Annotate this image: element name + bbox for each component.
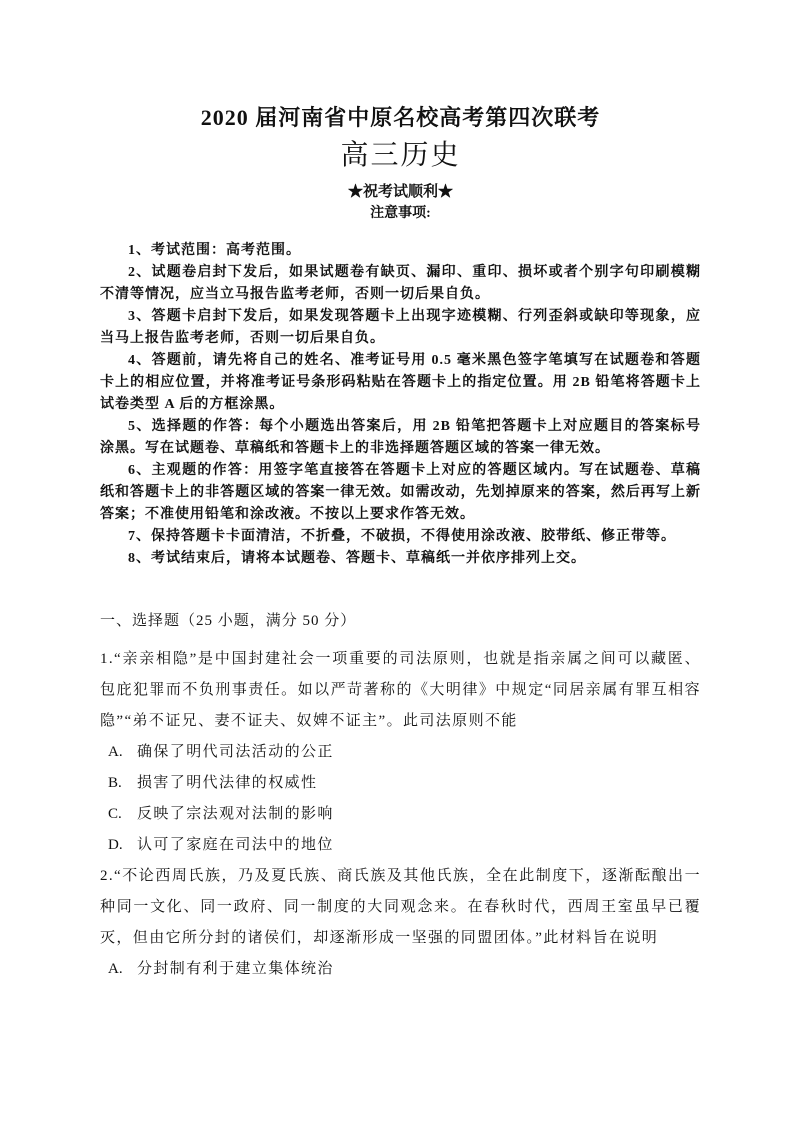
notice-item-3: 3、答题卡启封下发后，如果发现答题卡上出现字迹模糊、行列歪斜或缺印等现象，应当马… — [100, 306, 701, 350]
question-1: 1.“亲亲相隐”是中国封建社会一项重要的司法原则，也就是指亲属之间可以藏匿、包庇… — [100, 644, 701, 861]
question-1-stem: 1.“亲亲相隐”是中国封建社会一项重要的司法原则，也就是指亲属之间可以藏匿、包庇… — [100, 644, 701, 737]
question-1-option-a: A.确保了明代司法活动的公正 — [100, 737, 701, 768]
notice-item-2: 2、试题卷启封下发后，如果试题卷有缺页、漏印、重印、损坏或者个别字句印刷模糊不清… — [100, 262, 701, 306]
notice-item-8: 8、考试结束后，请将本试题卷、答题卡、草稿纸一并依序排列上交。 — [100, 548, 701, 570]
notice-item-7: 7、保持答题卡卡面清洁，不折叠，不破损，不得使用涂改液、胶带纸、修正带等。 — [100, 526, 701, 548]
option-label: C. — [108, 799, 137, 830]
option-label: A. — [108, 737, 137, 768]
page-title: 2020 届河南省中原名校高考第四次联考 — [100, 0, 701, 132]
question-2: 2.“不论西周氏族，乃及夏氏族、商氏族及其他氏族，全在此制度下，逐渐酝酿出一种同… — [100, 861, 701, 985]
question-1-option-c: C.反映了宗法观对法制的影响 — [100, 799, 701, 830]
option-text: 损害了明代法律的权威性 — [137, 775, 317, 791]
page-content: 2020 届河南省中原名校高考第四次联考 高三历史 ★祝考试顺利★ 注意事项: … — [100, 0, 701, 985]
question-2-option-a: A.分封制有利于建立集体统治 — [100, 954, 701, 985]
option-label: A. — [108, 954, 137, 985]
section-heading: 一、选择题（25 小题，满分 50 分） — [100, 610, 701, 632]
question-1-option-d: D.认可了家庭在司法中的地位 — [100, 830, 701, 861]
question-1-option-b: B.损害了明代法律的权威性 — [100, 768, 701, 799]
question-2-stem: 2.“不论西周氏族，乃及夏氏族、商氏族及其他氏族，全在此制度下，逐渐酝酿出一种同… — [100, 861, 701, 954]
notice-list: 1、考试范围：高考范围。 2、试题卷启封下发后，如果试题卷有缺页、漏印、重印、损… — [100, 240, 701, 570]
option-text: 分封制有利于建立集体统治 — [137, 961, 334, 977]
notice-item-1: 1、考试范围：高考范围。 — [100, 240, 701, 262]
notice-item-4: 4、答题前，请先将自己的姓名、准考证号用 0.5 毫米黑色签字笔填写在试题卷和答… — [100, 350, 701, 416]
notice-heading: 注意事项: — [100, 205, 701, 223]
notice-item-6: 6、主观题的作答：用签字笔直接答在答题卡上对应的答题区域内。写在试题卷、草稿纸和… — [100, 460, 701, 526]
option-text: 确保了明代司法活动的公正 — [137, 744, 334, 760]
document-header: 2020 届河南省中原名校高考第四次联考 高三历史 ★祝考试顺利★ 注意事项: — [100, 0, 701, 223]
notice-item-5: 5、选择题的作答：每个小题选出答案后，用 2B 铅笔把答题卡上对应题目的答案标号… — [100, 416, 701, 460]
page-subtitle: 高三历史 — [100, 140, 701, 172]
exam-wish-line: ★祝考试顺利★ — [100, 183, 701, 201]
exam-paper-page: 2020 届河南省中原名校高考第四次联考 高三历史 ★祝考试顺利★ 注意事项: … — [0, 0, 800, 1131]
option-label: D. — [108, 830, 137, 861]
option-label: B. — [108, 768, 137, 799]
option-text: 反映了宗法观对法制的影响 — [137, 806, 334, 822]
option-text: 认可了家庭在司法中的地位 — [137, 837, 334, 853]
